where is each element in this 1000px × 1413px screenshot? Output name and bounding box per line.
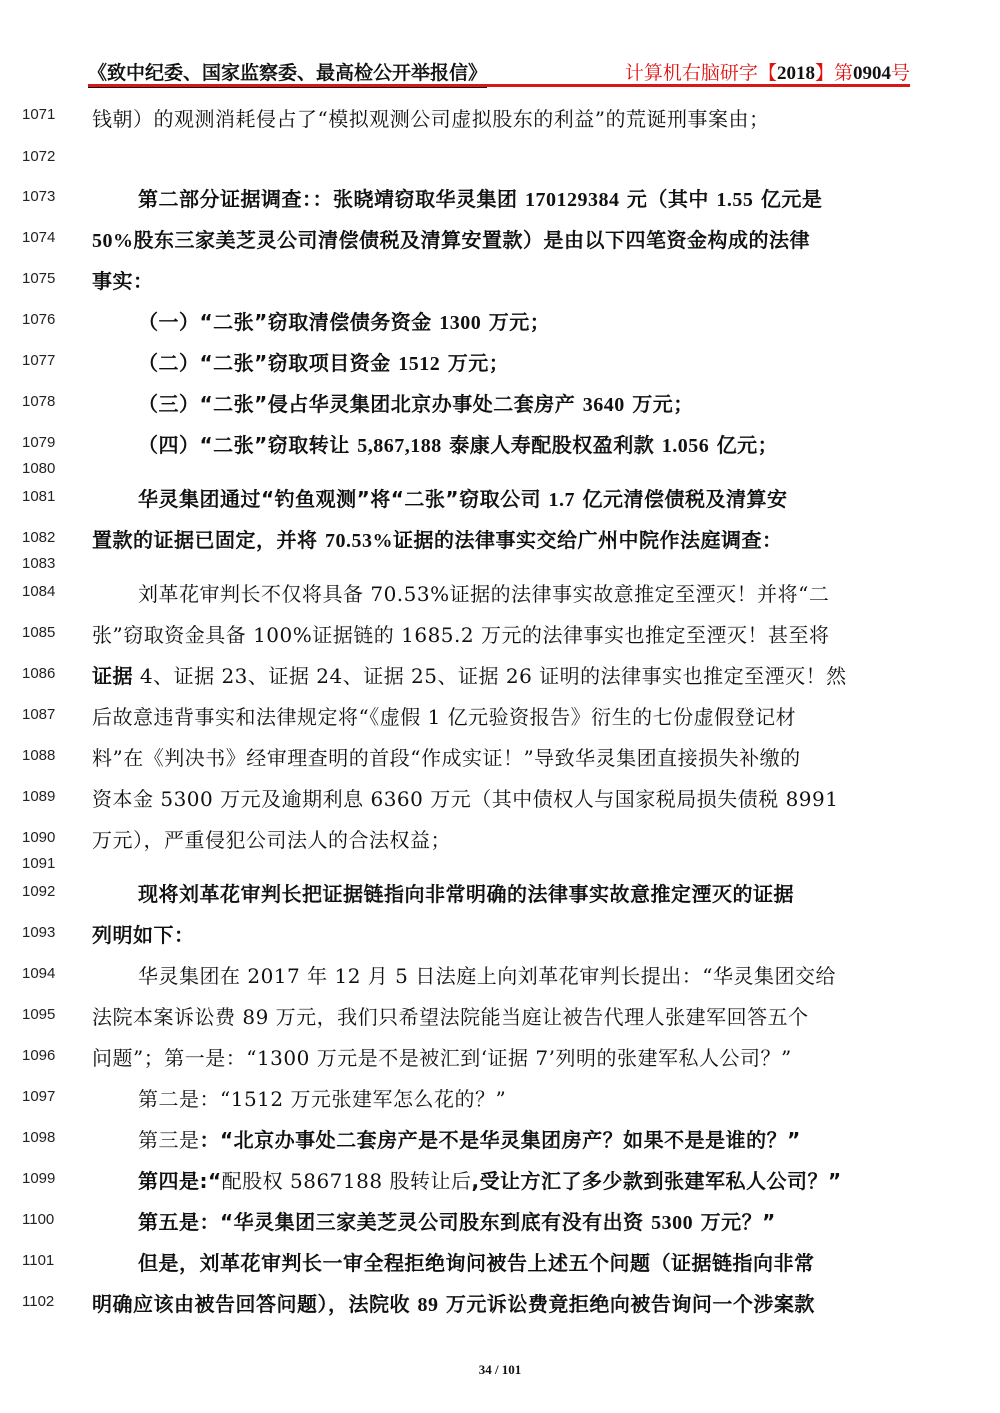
doc-di: 第	[834, 62, 853, 84]
text-segment: 证据	[92, 664, 133, 688]
line-number: 1084	[22, 583, 67, 600]
text-line-1095: 法院本案诉讼费 89 万元，我们只希望法院能当庭让被告代理人张建军回答五个	[92, 1001, 809, 1030]
line-number: 1078	[22, 393, 67, 410]
text-line-1086: 证据 4、证据 23、证据 24、证据 25、证据 26 证明的法律事实也推定至…	[92, 660, 847, 689]
line-number: 1100	[22, 1211, 67, 1228]
line-number: 1072	[22, 148, 67, 165]
amount: 1.7	[549, 489, 576, 511]
text-line-1097: 第二是：“1512 万元张建军怎么花的？”	[138, 1083, 506, 1112]
text-line-1075: 事实：	[92, 265, 154, 294]
text-segment: ,受让方汇了多少款到张建军私人公司？”	[471, 1169, 841, 1193]
line-number: 1073	[22, 188, 67, 205]
line-number: 1092	[22, 883, 67, 900]
text-segment: 置款的证据已固定，并将	[92, 528, 325, 552]
text-line-1074: 50%股东三家美芝灵公司清偿债税及清算安置款）是由以下四笔资金构成的法律	[92, 224, 810, 253]
text-line-1093: 列明如下：	[92, 919, 195, 948]
amount: 1.056	[662, 435, 710, 457]
doc-year: 2018	[777, 63, 815, 84]
line-number: 1083	[22, 555, 67, 572]
line-number: 1081	[22, 488, 67, 505]
text-segment: 第四是:“	[138, 1169, 222, 1193]
text-line-1081: 华灵集团通过“钓鱼观测”将“二张”窃取公司 1.7 亿元清偿债税及清算安	[138, 483, 788, 512]
text-line-1092: 现将刘革花审判长把证据链指向非常明确的法律事实故意推定湮灭的证据	[138, 878, 794, 907]
text-segment: 亿元清偿债税及清算安	[575, 487, 787, 511]
text-segment: （四）“二张”窃取转让	[138, 433, 357, 457]
text-line-1071: 钱朝）的观测消耗侵占了“模拟观测公司虚拟股东的利益”的荒诞刑事案由；	[92, 103, 769, 132]
text-segment: 第五是：“华灵集团三家美芝灵公司股东到底有没有出资	[138, 1210, 651, 1234]
percentage: 70.53%	[325, 530, 393, 552]
text-segment: 4、证据 23、证据 24、证据 25、证据 26 证明的法律事实也推定至湮灭！…	[133, 664, 847, 688]
doc-prefix: 计算机右脑研字	[625, 62, 758, 84]
text-line-1076: （一）“二张”窃取清偿债务资金 1300 万元；	[138, 306, 550, 335]
text-segment: 股东三家美芝灵公司清偿债税及清算安置款）是由以下四笔资金构成的法律	[134, 228, 811, 252]
header-divider	[88, 84, 910, 87]
line-number: 1082	[22, 529, 67, 546]
text-segment: 万元；	[481, 310, 550, 334]
line-number: 1087	[22, 706, 67, 723]
text-segment: 证据的法律事实交给广州中院作法庭调查：	[393, 528, 783, 552]
amount: 170129384	[525, 189, 620, 211]
document-number: 计算机右脑研字【2018】第0904号	[625, 58, 910, 85]
line-number: 1086	[22, 665, 67, 682]
text-segment: （三）“二张”侵占华灵集团北京办事处二套房产	[138, 392, 583, 416]
line-number: 1077	[22, 352, 67, 369]
amount: 89	[417, 1294, 438, 1316]
line-number: 1097	[22, 1088, 67, 1105]
line-number: 1076	[22, 311, 67, 328]
text-segment: 第三是	[138, 1128, 200, 1152]
text-segment: 配股权 5867188 股转让后	[222, 1169, 472, 1193]
text-segment: 万元；	[440, 351, 509, 375]
text-line-1099: 第四是:“配股权 5867188 股转让后,受让方汇了多少款到张建军私人公司？”	[138, 1165, 842, 1194]
text-segment: 泰康人寿配股权盈利款	[442, 433, 662, 457]
line-number: 1099	[22, 1170, 67, 1187]
amount: 5300	[651, 1212, 693, 1234]
text-line-1096: 问题”；第一是：“1300 万元是不是被汇到‘证据 7’列明的张建军私人公司？”	[92, 1042, 792, 1071]
text-segment: 元（其中	[619, 187, 716, 211]
text-line-1102: 明确应该由被告回答问题），法院收 89 万元诉讼费竟拒绝向被告询问一个涉案款	[92, 1288, 815, 1317]
text-segment: 明确应该由被告回答问题），法院收	[92, 1292, 417, 1316]
amount: 1.55	[716, 189, 753, 211]
text-line-1090: 万元），严重侵犯公司法人的合法权益；	[92, 824, 451, 853]
text-segment: ：“北京办事处二套房产是不是华灵集团房产？如果不是是谁的？”	[200, 1128, 801, 1152]
amount: 1512	[398, 353, 440, 375]
line-number: 1094	[22, 965, 67, 982]
bracket-open: 【	[758, 62, 777, 84]
text-line-1082: 置款的证据已固定，并将 70.53%证据的法律事实交给广州中院作法庭调查：	[92, 524, 782, 553]
line-number: 1088	[22, 747, 67, 764]
text-line-1088: 料”在《判决书》经审理查明的首段“作成实证！”导致华灵集团直接损失补缴的	[92, 742, 801, 771]
line-number: 1075	[22, 270, 67, 287]
amount: 3640	[583, 394, 625, 416]
line-number: 1089	[22, 788, 67, 805]
line-number: 1095	[22, 1006, 67, 1023]
text-line-1079: （四）“二张”窃取转让 5,867,188 泰康人寿配股权盈利款 1.056 亿…	[138, 429, 778, 458]
line-number: 1093	[22, 924, 67, 941]
line-number: 1098	[22, 1129, 67, 1146]
document-header: 《致中纪委、国家监察委、最高检公开举报信》 计算机右脑研字【2018】第0904…	[88, 58, 910, 86]
text-line-1077: （二）“二张”窃取项目资金 1512 万元；	[138, 347, 509, 376]
text-line-1084: 刘革花审判长不仅将具备 70.53%证据的法律事实故意推定至湮灭！并将“二	[138, 578, 829, 607]
text-line-1100: 第五是：“华灵集团三家美芝灵公司股东到底有没有出资 5300 万元？”	[138, 1206, 776, 1235]
line-number: 1090	[22, 829, 67, 846]
text-line-1089: 资本金 5300 万元及逾期利息 6360 万元（其中债权人与国家税局损失债税 …	[92, 783, 838, 812]
line-number: 1096	[22, 1047, 67, 1064]
text-segment: 华灵集团通过“钓鱼观测”将“二张”窃取公司	[138, 487, 549, 511]
amount: 1300	[439, 312, 481, 334]
bracket-close: 】	[815, 62, 834, 84]
percentage: 50%	[92, 230, 134, 252]
text-line-1085: 张”窃取资金具备 100%证据链的 1685.2 万元的法律事实也推定至湮灭！甚…	[92, 619, 829, 648]
text-line-1098: 第三是：“北京办事处二套房产是不是华灵集团房产？如果不是是谁的？”	[138, 1124, 801, 1153]
line-number: 1101	[22, 1252, 67, 1269]
line-number: 1079	[22, 434, 67, 451]
text-segment: 万元？”	[693, 1210, 776, 1234]
text-segment: 第二部分证据调查：：张晓靖窃取华灵集团	[138, 187, 525, 211]
text-segment: 亿元；	[709, 433, 778, 457]
text-segment: 万元；	[625, 392, 694, 416]
text-segment: 亿元是	[753, 187, 822, 211]
text-line-1087: 后故意违背事实和法律规定将“《虚假 1 亿元验资报告》衍生的七份虚假登记材	[92, 701, 796, 730]
text-line-1094: 华灵集团在 2017 年 12 月 5 日法庭上向刘革花审判长提出：“华灵集团交…	[138, 960, 836, 989]
doc-hao: 号	[891, 62, 910, 84]
line-number: 1080	[22, 460, 67, 477]
line-number: 1071	[22, 106, 67, 123]
text-line-1101: 但是，刘革花审判长一审全程拒绝询问被告上述五个问题（证据链指向非常	[138, 1247, 815, 1276]
text-line-1073: 第二部分证据调查：：张晓靖窃取华灵集团 170129384 元（其中 1.55 …	[138, 183, 822, 212]
line-number: 1074	[22, 229, 67, 246]
line-number: 1091	[22, 855, 67, 872]
text-segment: （二）“二张”窃取项目资金	[138, 351, 398, 375]
amount: 5,867,188	[357, 435, 442, 457]
line-number: 1085	[22, 624, 67, 641]
doc-number: 0904	[853, 63, 891, 84]
text-segment: 万元诉讼费竟拒绝向被告询问一个涉案款	[438, 1292, 814, 1316]
text-line-1078: （三）“二张”侵占华灵集团北京办事处二套房产 3640 万元；	[138, 388, 694, 417]
page-number: 34 / 101	[0, 1362, 1000, 1378]
text-segment: （一）“二张”窃取清偿债务资金	[138, 310, 439, 334]
line-number: 1102	[22, 1293, 67, 1310]
